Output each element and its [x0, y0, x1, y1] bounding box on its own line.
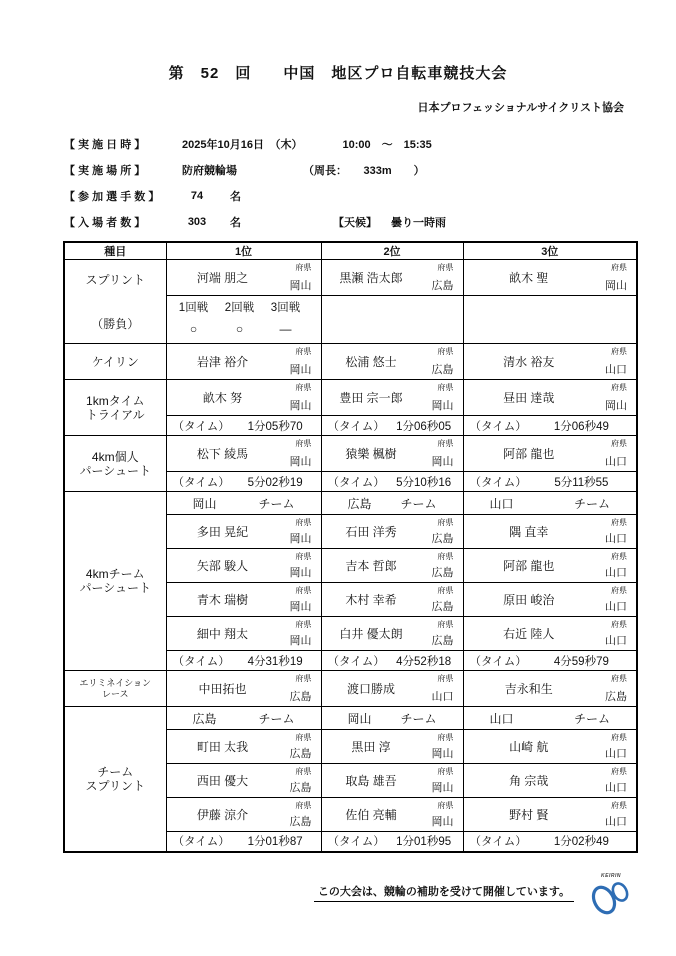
- pref-label: 府県: [611, 732, 627, 743]
- table-row: 4kmチーム パーシュート 岡山 チーム 広島 チーム 山口 チーム: [64, 492, 637, 515]
- team-cell: 山口 チーム: [463, 492, 637, 515]
- event-cell-4km-ip: 4km個人 パーシュート: [64, 436, 166, 492]
- pref-value: 岡山: [290, 361, 312, 377]
- team-cell: 岡山 チーム: [321, 707, 463, 730]
- time-label: （タイム）: [167, 653, 230, 669]
- date-value: 2025年10月16日 （木）: [182, 136, 302, 152]
- event-cell-elimination: エリミネイション レース: [64, 671, 166, 707]
- round-headers: 1回戦 2回戦 3回戦: [167, 296, 321, 315]
- pref-label: 府県: [438, 382, 454, 393]
- pref-label: 府県: [611, 585, 627, 596]
- keirin-logo: KEIRIN: [588, 873, 634, 922]
- info-line-participants: 【 参 加 選 手 数 】 74 名: [64, 183, 676, 209]
- result-cell: 吉永和生 府県 広島: [463, 671, 637, 707]
- footer: この大会は、競輪の補助を受けて開催しています。 KEIRIN: [0, 873, 676, 922]
- pref-label: 府県: [296, 517, 312, 528]
- pref-label: 府県: [438, 551, 454, 562]
- empty-cell: [321, 296, 463, 344]
- keirin-rings-icon: [588, 879, 634, 917]
- pref-label: 府県: [438, 800, 454, 811]
- result-cell: 畝木 聖 府県 岡山: [463, 260, 637, 296]
- pref-value: 山口: [605, 453, 627, 469]
- time-value: 1分01秒95: [385, 833, 463, 849]
- time-value: 4分31秒19: [230, 653, 321, 669]
- pref-label: 府県: [296, 438, 312, 449]
- time-cell: （タイム） 4分59秒79: [463, 651, 637, 671]
- time-label: （タイム）: [167, 418, 230, 434]
- attendance-label: 【 入 場 者 数 】: [64, 214, 182, 230]
- result-cell: 山崎 航 府県 山口: [463, 730, 637, 764]
- pref-label: 府県: [438, 766, 454, 777]
- time-cell: （タイム） 1分01秒87: [166, 832, 321, 852]
- pref-label: 府県: [296, 551, 312, 562]
- pref-value: 広島: [432, 361, 454, 377]
- table-row: エリミネイション レース 中田拓也 府県 広島 渡口勝成 府県 山口 吉永和生 …: [64, 671, 637, 707]
- pref-label: 府県: [611, 619, 627, 630]
- time-label: （タイム）: [322, 418, 385, 434]
- result-cell: 黒瀬 浩太郎 府県 広島: [321, 260, 463, 296]
- event-name: スプリント: [65, 273, 166, 287]
- result-cell: 渡口勝成 府県 山口: [321, 671, 463, 707]
- team-name: 岡山: [348, 710, 372, 727]
- team-suffix: チーム: [258, 495, 294, 512]
- result-cell: 細中 翔太 府県 岡山: [166, 617, 321, 651]
- pref-value: 山口: [605, 745, 627, 761]
- pref-value: 岡山: [290, 564, 312, 580]
- pref-value: 広島: [290, 779, 312, 795]
- time-value: 4分52秒18: [385, 653, 463, 669]
- pref-value: 岡山: [432, 813, 454, 829]
- time-value: 1分06秒05: [385, 418, 463, 434]
- time-cell: （タイム） 5分11秒55: [463, 472, 637, 492]
- result-cell: 隅 直幸 府県 山口: [463, 515, 637, 549]
- pref-value: 山口: [605, 564, 627, 580]
- pref-value: 山口: [605, 813, 627, 829]
- team-cell: 山口 チーム: [463, 707, 637, 730]
- result-cell: 多田 晃紀 府県 岡山: [166, 515, 321, 549]
- result-cell: 佐伯 亮輔 府県 岡山: [321, 798, 463, 832]
- team-name: 広島: [348, 495, 372, 512]
- team-cell: 岡山 チーム: [166, 492, 321, 515]
- pref-label: 府県: [296, 619, 312, 630]
- pref-value: 岡山: [290, 598, 312, 614]
- round-label: 1回戦: [171, 299, 217, 315]
- pref-label: 府県: [611, 673, 627, 684]
- event-name-line2: トライアル: [65, 408, 166, 422]
- result-cell: 吉本 哲郎 府県 広島: [321, 549, 463, 583]
- time-label: （タイム）: [464, 653, 527, 669]
- result-cell: 阿部 龍也 府県 山口: [463, 549, 637, 583]
- weather-value: 曇り一時雨: [391, 214, 446, 230]
- pref-label: 府県: [296, 766, 312, 777]
- empty-cell: [463, 296, 637, 344]
- time-cell: （タイム） 1分05秒70: [166, 416, 321, 436]
- table-row: スプリント （勝負） 河端 朋之 府県 岡山 黒瀬 浩太郎 府県 広島 畝木 聖…: [64, 260, 637, 296]
- pref-label: 府県: [296, 585, 312, 596]
- pref-value: 広島: [432, 564, 454, 580]
- team-suffix: チーム: [258, 710, 294, 727]
- time-value: 1分02秒49: [527, 833, 636, 849]
- result-cell: 畝木 努 府県 岡山: [166, 380, 321, 416]
- pref-label: 府県: [296, 382, 312, 393]
- pref-label: 府県: [611, 766, 627, 777]
- pref-label: 府県: [438, 732, 454, 743]
- table-row: チーム スプリント 広島 チーム 岡山 チーム 山口 チーム: [64, 707, 637, 730]
- pref-value: 岡山: [290, 530, 312, 546]
- round-results: ○ ○ ―: [167, 315, 321, 336]
- pref-value: 広島: [432, 632, 454, 648]
- event-name: ケイリン: [65, 355, 166, 369]
- time-value: 1分06秒49: [527, 418, 636, 434]
- table-row: 1kmタイム トライアル 畝木 努 府県 岡山 豊田 宗一郎 府県 岡山 昼田 …: [64, 380, 637, 416]
- round-result: ○: [171, 322, 217, 336]
- participants-label: 【 参 加 選 手 数 】: [64, 188, 182, 204]
- team-name: 岡山: [193, 495, 217, 512]
- pref-label: 府県: [296, 262, 312, 273]
- result-cell: 岩津 裕介 府県 岡山: [166, 344, 321, 380]
- info-line-attendance: 【 入 場 者 数 】 303 名 【天候】 曇り一時雨: [64, 209, 676, 235]
- col-header-2nd: 2位: [321, 242, 463, 260]
- info-line-place: 【 実 施 場 所 】 防府競輪場 （周長： 333m ）: [64, 157, 676, 183]
- pref-value: 広島: [290, 688, 312, 704]
- result-cell: 阿部 龍也 府県 山口: [463, 436, 637, 472]
- time-cell: （タイム） 1分01秒95: [321, 832, 463, 852]
- pref-label: 府県: [438, 673, 454, 684]
- pref-label: 府県: [438, 517, 454, 528]
- time-value: 5分02秒19: [230, 474, 321, 490]
- pref-value: 広島: [290, 745, 312, 761]
- pref-value: 岡山: [432, 779, 454, 795]
- time-cell: （タイム） 1分06秒05: [321, 416, 463, 436]
- team-suffix: チーム: [400, 495, 436, 512]
- result-cell: 猿樂 楓樹 府県 岡山: [321, 436, 463, 472]
- time-value: 1分05秒70: [230, 418, 321, 434]
- event-name-line1: 1kmタイム: [65, 394, 166, 408]
- results-table: 種目 1位 2位 3位 スプリント （勝負） 河端 朋之 府県 岡山 黒瀬 浩太…: [63, 241, 638, 853]
- pref-value: 広島: [432, 598, 454, 614]
- pref-value: 広島: [605, 688, 627, 704]
- result-cell: 黒田 淳 府県 岡山: [321, 730, 463, 764]
- pref-value: 岡山: [290, 453, 312, 469]
- participants-unit: 名: [230, 188, 241, 204]
- pref-value: 山口: [605, 530, 627, 546]
- pref-value: 山口: [605, 598, 627, 614]
- date-label: 【 実 施 日 時 】: [64, 136, 182, 152]
- pref-value: 岡山: [432, 745, 454, 761]
- time-value: 1分01秒87: [230, 833, 321, 849]
- team-cell: 広島 チーム: [321, 492, 463, 515]
- result-cell: 木村 幸希 府県 広島: [321, 583, 463, 617]
- time-value: 5分10秒16: [385, 474, 463, 490]
- result-cell: 清水 裕友 府県 山口: [463, 344, 637, 380]
- pref-value: 山口: [432, 688, 454, 704]
- pref-label: 府県: [438, 585, 454, 596]
- team-suffix: チーム: [574, 710, 610, 727]
- pref-value: 岡山: [432, 397, 454, 413]
- pref-label: 府県: [611, 382, 627, 393]
- result-cell: 豊田 宗一郎 府県 岡山: [321, 380, 463, 416]
- place-value: 防府競輪場: [182, 162, 237, 178]
- col-header-event: 種目: [64, 242, 166, 260]
- info-line-date: 【 実 施 日 時 】 2025年10月16日 （木） 10:00 ～ 15:3…: [64, 131, 676, 157]
- result-cell: 野村 賢 府県 山口: [463, 798, 637, 832]
- event-name-line2: パーシュート: [65, 464, 166, 478]
- pref-value: 山口: [605, 779, 627, 795]
- event-cell-keirin: ケイリン: [64, 344, 166, 380]
- result-cell: 松下 綾馬 府県 岡山: [166, 436, 321, 472]
- event-info: 【 実 施 日 時 】 2025年10月16日 （木） 10:00 ～ 15:3…: [64, 131, 676, 235]
- result-cell: 中田拓也 府県 広島: [166, 671, 321, 707]
- event-name-line1: エリミネイション: [65, 678, 166, 689]
- pref-label: 府県: [611, 262, 627, 273]
- result-cell: 伊藤 涼介 府県 広島: [166, 798, 321, 832]
- time-label: （タイム）: [167, 474, 230, 490]
- pref-value: 岡山: [605, 397, 627, 413]
- pref-label: 府県: [438, 619, 454, 630]
- time-range: 10:00 ～ 15:35: [342, 136, 431, 152]
- table-row: ケイリン 岩津 裕介 府県 岡山 松浦 悠士 府県 広島 清水 裕友 府県 山口: [64, 344, 637, 380]
- pref-label: 府県: [296, 800, 312, 811]
- pref-value: 岡山: [432, 453, 454, 469]
- association-name: 日本プロフェッショナルサイクリスト協会: [0, 99, 676, 115]
- time-cell: （タイム） 1分06秒49: [463, 416, 637, 436]
- event-name-line2: パーシュート: [65, 581, 166, 595]
- sprint-rounds-cell: 1回戦 2回戦 3回戦 ○ ○ ―: [166, 296, 321, 344]
- time-cell: （タイム） 5分10秒16: [321, 472, 463, 492]
- time-label: （タイム）: [464, 833, 527, 849]
- time-label: （タイム）: [464, 474, 527, 490]
- result-cell: 河端 朋之 府県 岡山: [166, 260, 321, 296]
- pref-label: 府県: [296, 732, 312, 743]
- event-cell-team-sprint: チーム スプリント: [64, 707, 166, 852]
- place-label: 【 実 施 場 所 】: [64, 162, 182, 178]
- team-cell: 広島 チーム: [166, 707, 321, 730]
- result-cell: 西田 優大 府県 広島: [166, 764, 321, 798]
- result-cell: 矢部 駿人 府県 岡山: [166, 549, 321, 583]
- pref-label: 府県: [611, 438, 627, 449]
- attendance-count: 303: [182, 216, 212, 228]
- result-cell: 右近 陸人 府県 山口: [463, 617, 637, 651]
- result-cell: 町田 太我 府県 広島: [166, 730, 321, 764]
- event-name-line2: レース: [65, 689, 166, 700]
- time-cell: （タイム） 4分31秒19: [166, 651, 321, 671]
- weather-label: 【天候】: [333, 214, 377, 230]
- subsidy-note: この大会は、競輪の補助を受けて開催しています。: [314, 883, 574, 902]
- pref-label: 府県: [611, 800, 627, 811]
- col-header-3rd: 3位: [463, 242, 637, 260]
- round-result: ―: [263, 322, 309, 336]
- time-cell: （タイム） 4分52秒18: [321, 651, 463, 671]
- pref-label: 府県: [438, 262, 454, 273]
- page-title: 第 52 回 中国 地区プロ自転車競技大会: [0, 0, 676, 83]
- col-header-1st: 1位: [166, 242, 321, 260]
- event-cell-1km-tt: 1kmタイム トライアル: [64, 380, 166, 436]
- result-cell: 石田 洋秀 府県 広島: [321, 515, 463, 549]
- time-label: （タイム）: [322, 474, 385, 490]
- pref-label: 府県: [296, 346, 312, 357]
- pref-label: 府県: [438, 346, 454, 357]
- event-name-line2: スプリント: [65, 779, 166, 793]
- time-value: 5分11秒55: [527, 474, 636, 490]
- team-suffix: チーム: [400, 710, 436, 727]
- round-label: 3回戦: [263, 299, 309, 315]
- round-label: 2回戦: [217, 299, 263, 315]
- event-cell-sprint: スプリント （勝負）: [64, 260, 166, 344]
- results-document: 第 52 回 中国 地区プロ自転車競技大会 日本プロフェッショナルサイクリスト協…: [0, 0, 676, 956]
- time-label: （タイム）: [322, 833, 385, 849]
- lap-length: （周長： 333m ）: [303, 162, 425, 178]
- result-cell: 原田 峻治 府県 山口: [463, 583, 637, 617]
- pref-label: 府県: [611, 517, 627, 528]
- pref-value: 広島: [432, 277, 454, 293]
- time-cell: （タイム） 5分02秒19: [166, 472, 321, 492]
- event-cell-4km-tp: 4kmチーム パーシュート: [64, 492, 166, 671]
- attendance-unit: 名: [230, 214, 241, 230]
- time-label: （タイム）: [464, 418, 527, 434]
- team-suffix: チーム: [574, 495, 610, 512]
- team-name: 広島: [193, 710, 217, 727]
- table-row: 4km個人 パーシュート 松下 綾馬 府県 岡山 猿樂 楓樹 府県 岡山 阿部 …: [64, 436, 637, 472]
- pref-label: 府県: [611, 346, 627, 357]
- pref-label: 府県: [611, 551, 627, 562]
- event-name-line1: 4kmチーム: [65, 567, 166, 581]
- time-cell: （タイム） 1分02秒49: [463, 832, 637, 852]
- pref-value: 山口: [605, 361, 627, 377]
- pref-value: 岡山: [290, 277, 312, 293]
- time-label: （タイム）: [322, 653, 385, 669]
- time-label: （タイム）: [167, 833, 230, 849]
- team-name: 山口: [490, 495, 514, 512]
- result-cell: 白井 優太朗 府県 広島: [321, 617, 463, 651]
- team-name: 山口: [490, 710, 514, 727]
- pref-label: 府県: [438, 438, 454, 449]
- result-cell: 昼田 達哉 府県 岡山: [463, 380, 637, 416]
- pref-value: 広島: [290, 813, 312, 829]
- event-name-line1: 4km個人: [65, 450, 166, 464]
- pref-value: 山口: [605, 632, 627, 648]
- result-cell: 青木 瑞樹 府県 岡山: [166, 583, 321, 617]
- result-cell: 角 宗哉 府県 山口: [463, 764, 637, 798]
- time-value: 4分59秒79: [527, 653, 636, 669]
- event-name-line1: チーム: [65, 765, 166, 779]
- pref-value: 岡山: [290, 397, 312, 413]
- pref-value: 岡山: [605, 277, 627, 293]
- participants-count: 74: [182, 190, 212, 202]
- pref-value: 岡山: [290, 632, 312, 648]
- pref-label: 府県: [296, 673, 312, 684]
- round-result: ○: [217, 322, 263, 336]
- result-cell: 松浦 悠士 府県 広島: [321, 344, 463, 380]
- table-header-row: 種目 1位 2位 3位: [64, 242, 637, 260]
- result-cell: 取島 雄吾 府県 岡山: [321, 764, 463, 798]
- pref-value: 広島: [432, 530, 454, 546]
- event-sub: （勝負）: [65, 317, 166, 331]
